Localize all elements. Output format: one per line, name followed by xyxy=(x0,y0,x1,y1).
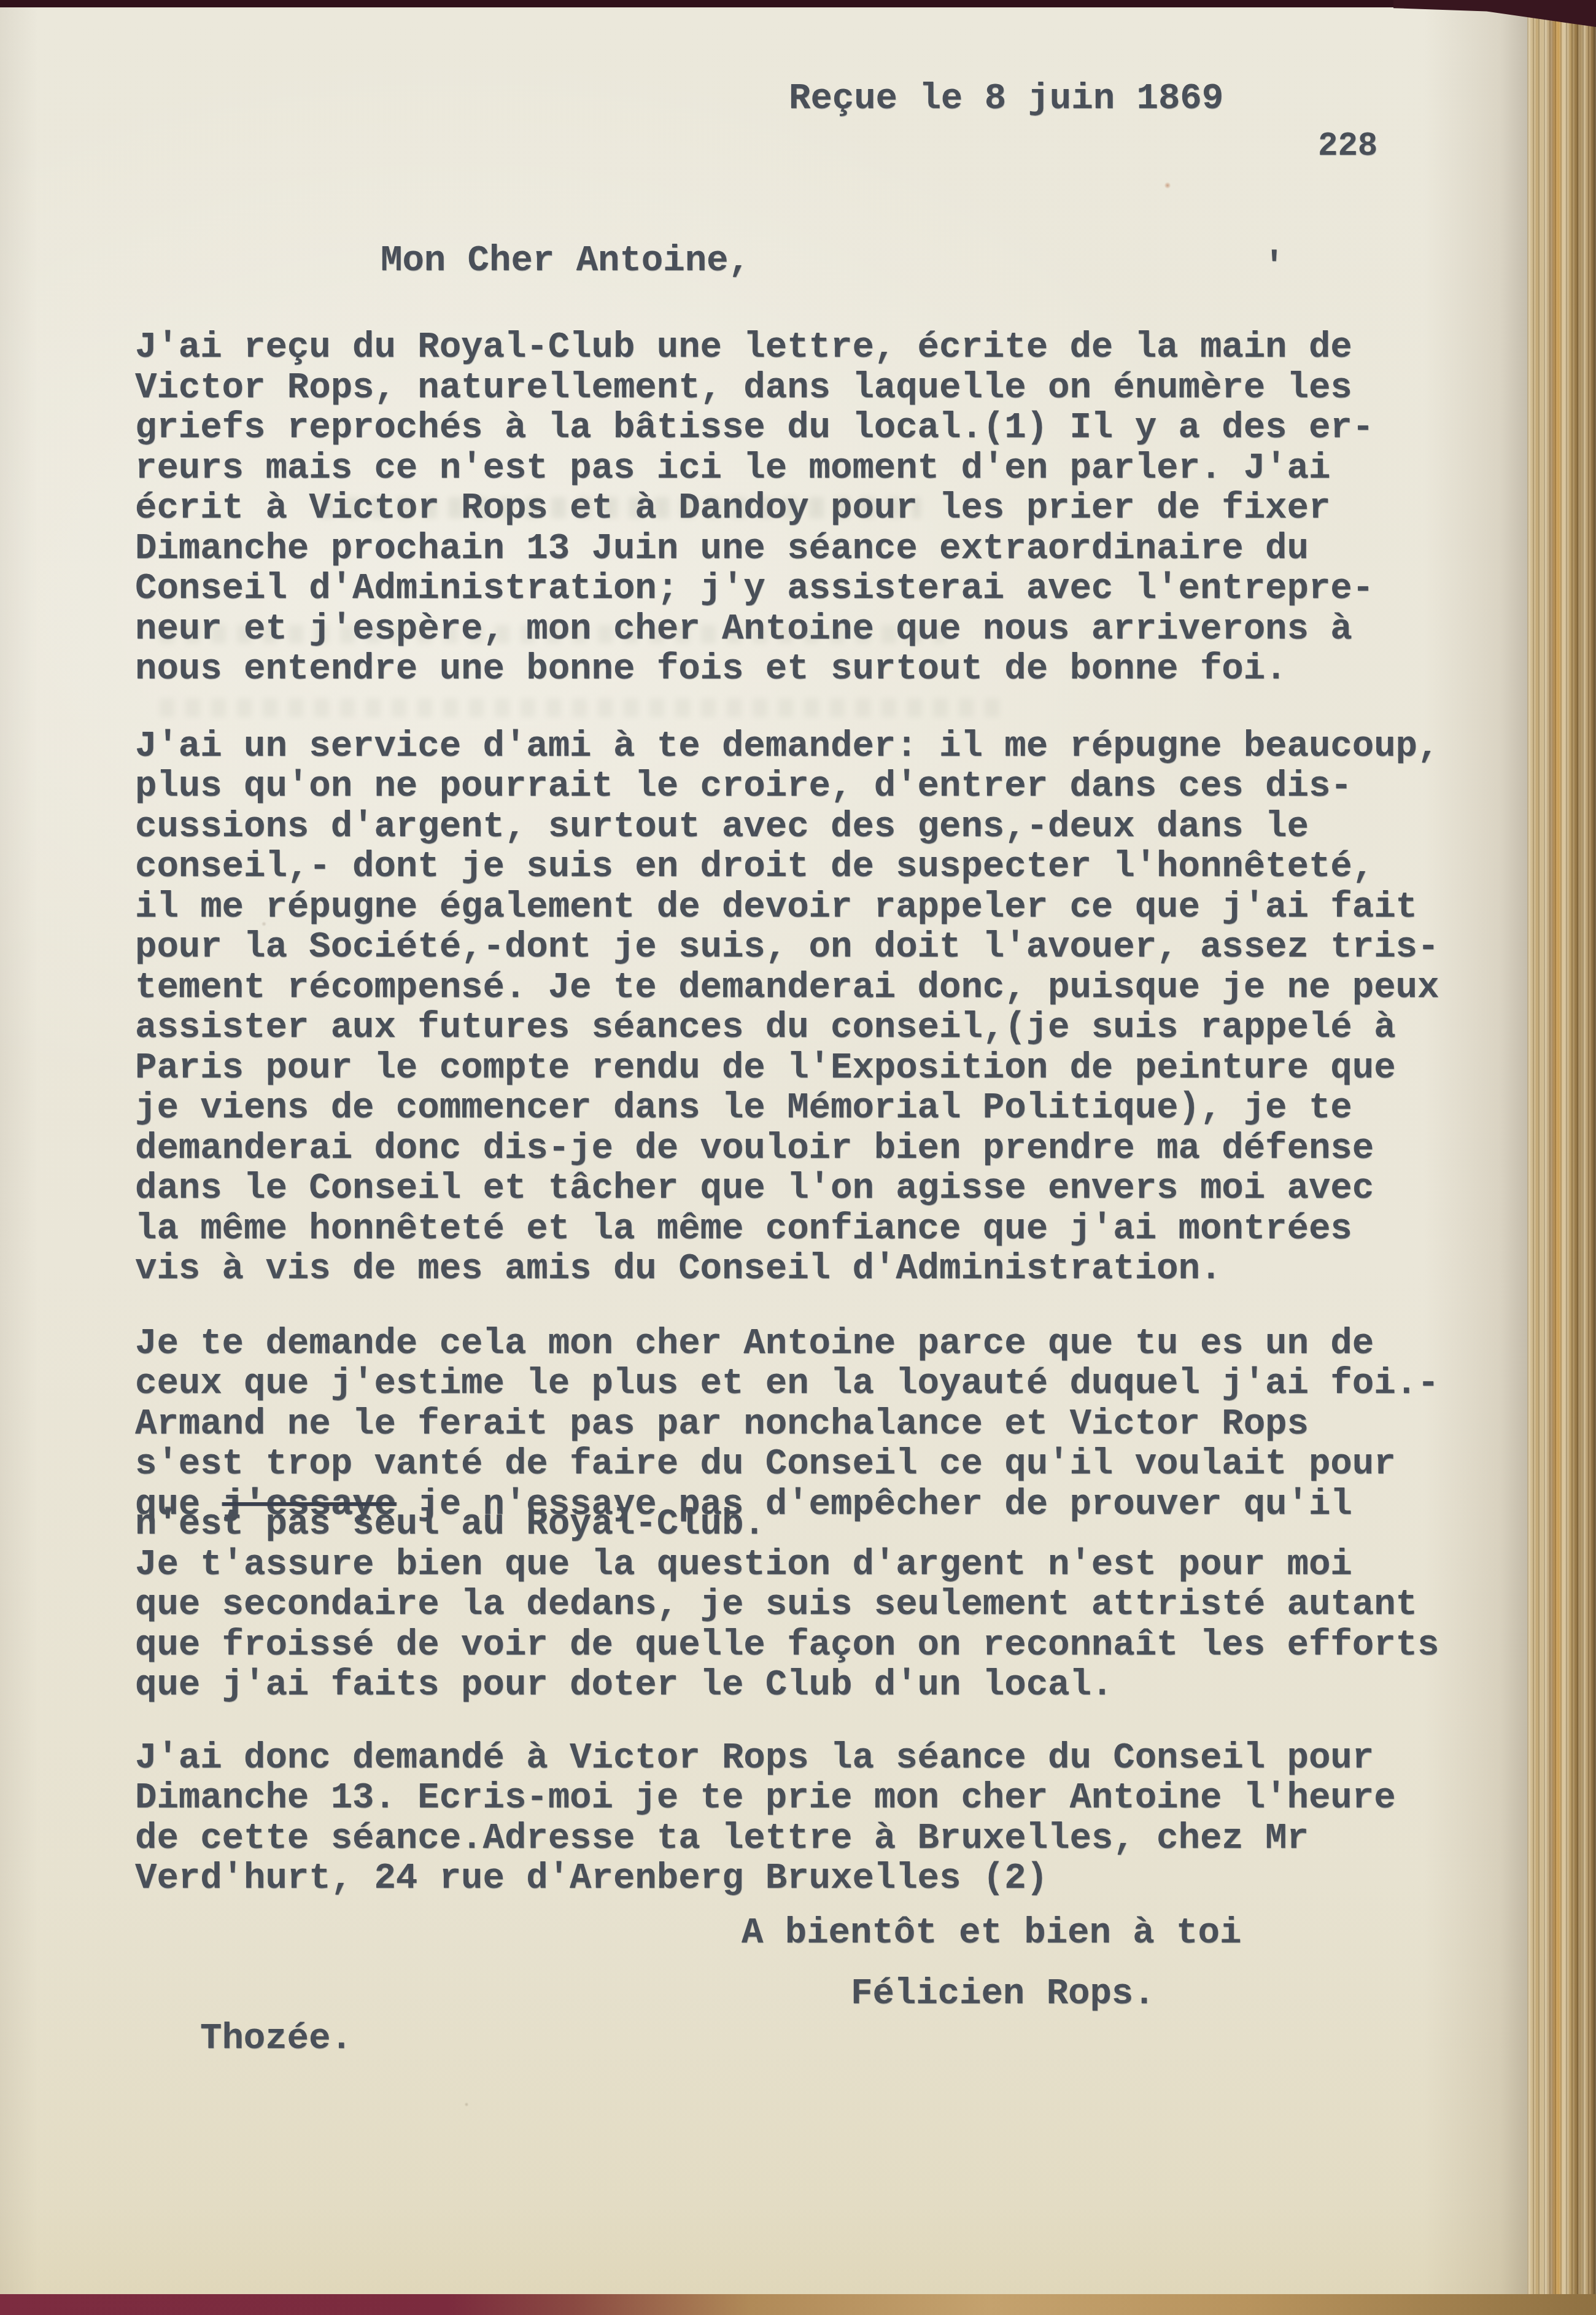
page-stack-edge xyxy=(1527,5,1596,2297)
letter-line: J'ai un service d'ami à te demander: il … xyxy=(135,726,1510,767)
letter-line: conseil,- dont je suis en droit de suspe… xyxy=(135,847,1510,887)
letter-line: nous entendre une bonne fois et surtout … xyxy=(135,649,1510,689)
letter-line: Dimanche 13. Ecris-moi je te prie mon ch… xyxy=(135,1778,1510,1818)
letter-line: que secondaire la dedans, je suis seulem… xyxy=(135,1584,1510,1625)
letter-line: que froissé de voir de quelle façon on r… xyxy=(135,1625,1510,1665)
letter-line: Victor Rops, naturellement, dans laquell… xyxy=(135,368,1510,408)
letter-line: J'ai donc demandé à Victor Rops la séanc… xyxy=(135,1738,1510,1778)
place: Thozée. xyxy=(135,2018,1510,2059)
letter-paragraphs: J'ai reçu du Royal-Club une lettre, écri… xyxy=(135,327,1510,2058)
letter-line: reurs mais ce n'est pas ici le moment d'… xyxy=(135,448,1510,489)
letter-line: neur et j'espère, mon cher Antoine que n… xyxy=(135,609,1510,650)
letter-line: ceux que j'estime le plus et en la loyau… xyxy=(135,1363,1510,1404)
book-page: Reçue le 8 juin 1869 228 Mon Cher Antoin… xyxy=(0,6,1531,2296)
letter-line: tement récompensé. Je te demanderai donc… xyxy=(135,967,1510,1008)
letter-line: vis à vis de mes amis du Conseil d'Admin… xyxy=(135,1249,1510,1289)
letter-line: Dimanche prochain 13 Juin une séance ext… xyxy=(135,529,1510,569)
book-cover-bottom xyxy=(0,2294,1596,2315)
paragraph: J'ai reçu du Royal-Club une lettre, écri… xyxy=(135,327,1510,689)
letter-line: dans le Conseil et tâcher que l'on agiss… xyxy=(135,1168,1510,1209)
book-cover-top xyxy=(0,0,1596,7)
received-stamp: Reçue le 8 juin 1869 xyxy=(789,79,1223,119)
letter-line: Verd'hurt, 24 rue d'Arenberg Bruxelles (… xyxy=(135,1858,1510,1899)
valediction: A bientôt et bien à toi xyxy=(135,1913,1510,1953)
paragraph: J'ai donc demandé à Victor Rops la séanc… xyxy=(135,1738,1510,1899)
salutation: Mon Cher Antoine, xyxy=(381,241,750,281)
letter-line: demanderai donc dis-je de vouloir bien p… xyxy=(135,1128,1510,1169)
letter-line: assister aux futures séances du conseil,… xyxy=(135,1007,1510,1048)
letter-line: Je t'assure bien que la question d'argen… xyxy=(135,1545,1510,1585)
stray-typed-mark: ' xyxy=(1263,247,1285,287)
letter-line: griefs reprochés à la bâtisse du local.(… xyxy=(135,408,1510,448)
letter-line: de cette séance.Adresse ta lettre à Brux… xyxy=(135,1818,1510,1859)
letter-line: la même honnêteté et la même confiance q… xyxy=(135,1209,1510,1249)
letter-line: pour la Société,-dont je suis, on doit l… xyxy=(135,927,1510,967)
letter-line: s'est trop vanté de faire du Conseil ce … xyxy=(135,1444,1510,1484)
letter-line: plus qu'on ne pourrait le croire, d'entr… xyxy=(135,766,1510,807)
letter-line: Conseil d'Administration; j'y assisterai… xyxy=(135,568,1510,609)
letter-line: Armand ne le ferait pas par nonchalance … xyxy=(135,1404,1510,1444)
paragraph: Je t'assure bien que la question d'argen… xyxy=(135,1545,1510,1705)
paragraph: Je te demande cela mon cher Antoine parc… xyxy=(135,1324,1510,1545)
letter-line: écrit à Victor Rops et à Dandoy pour les… xyxy=(135,488,1510,529)
paragraph: J'ai un service d'ami à te demander: il … xyxy=(135,726,1510,1289)
signature: Félicien Rops. xyxy=(135,1974,1510,2014)
letter-line: Je te demande cela mon cher Antoine parc… xyxy=(135,1324,1510,1364)
letter-line: que j'ai faits pour doter le Club d'un l… xyxy=(135,1665,1510,1705)
page-number: 228 xyxy=(1318,126,1377,167)
letter-line: il me répugne également de devoir rappel… xyxy=(135,887,1510,928)
letter-line: J'ai reçu du Royal-Club une lettre, écri… xyxy=(135,327,1510,368)
letter-line: cussions d'argent, surtout avec des gens… xyxy=(135,807,1510,847)
letter-line: je viens de commencer dans le Mémorial P… xyxy=(135,1088,1510,1128)
letter-line: Paris pour le compte rendu de l'Expositi… xyxy=(135,1048,1510,1088)
